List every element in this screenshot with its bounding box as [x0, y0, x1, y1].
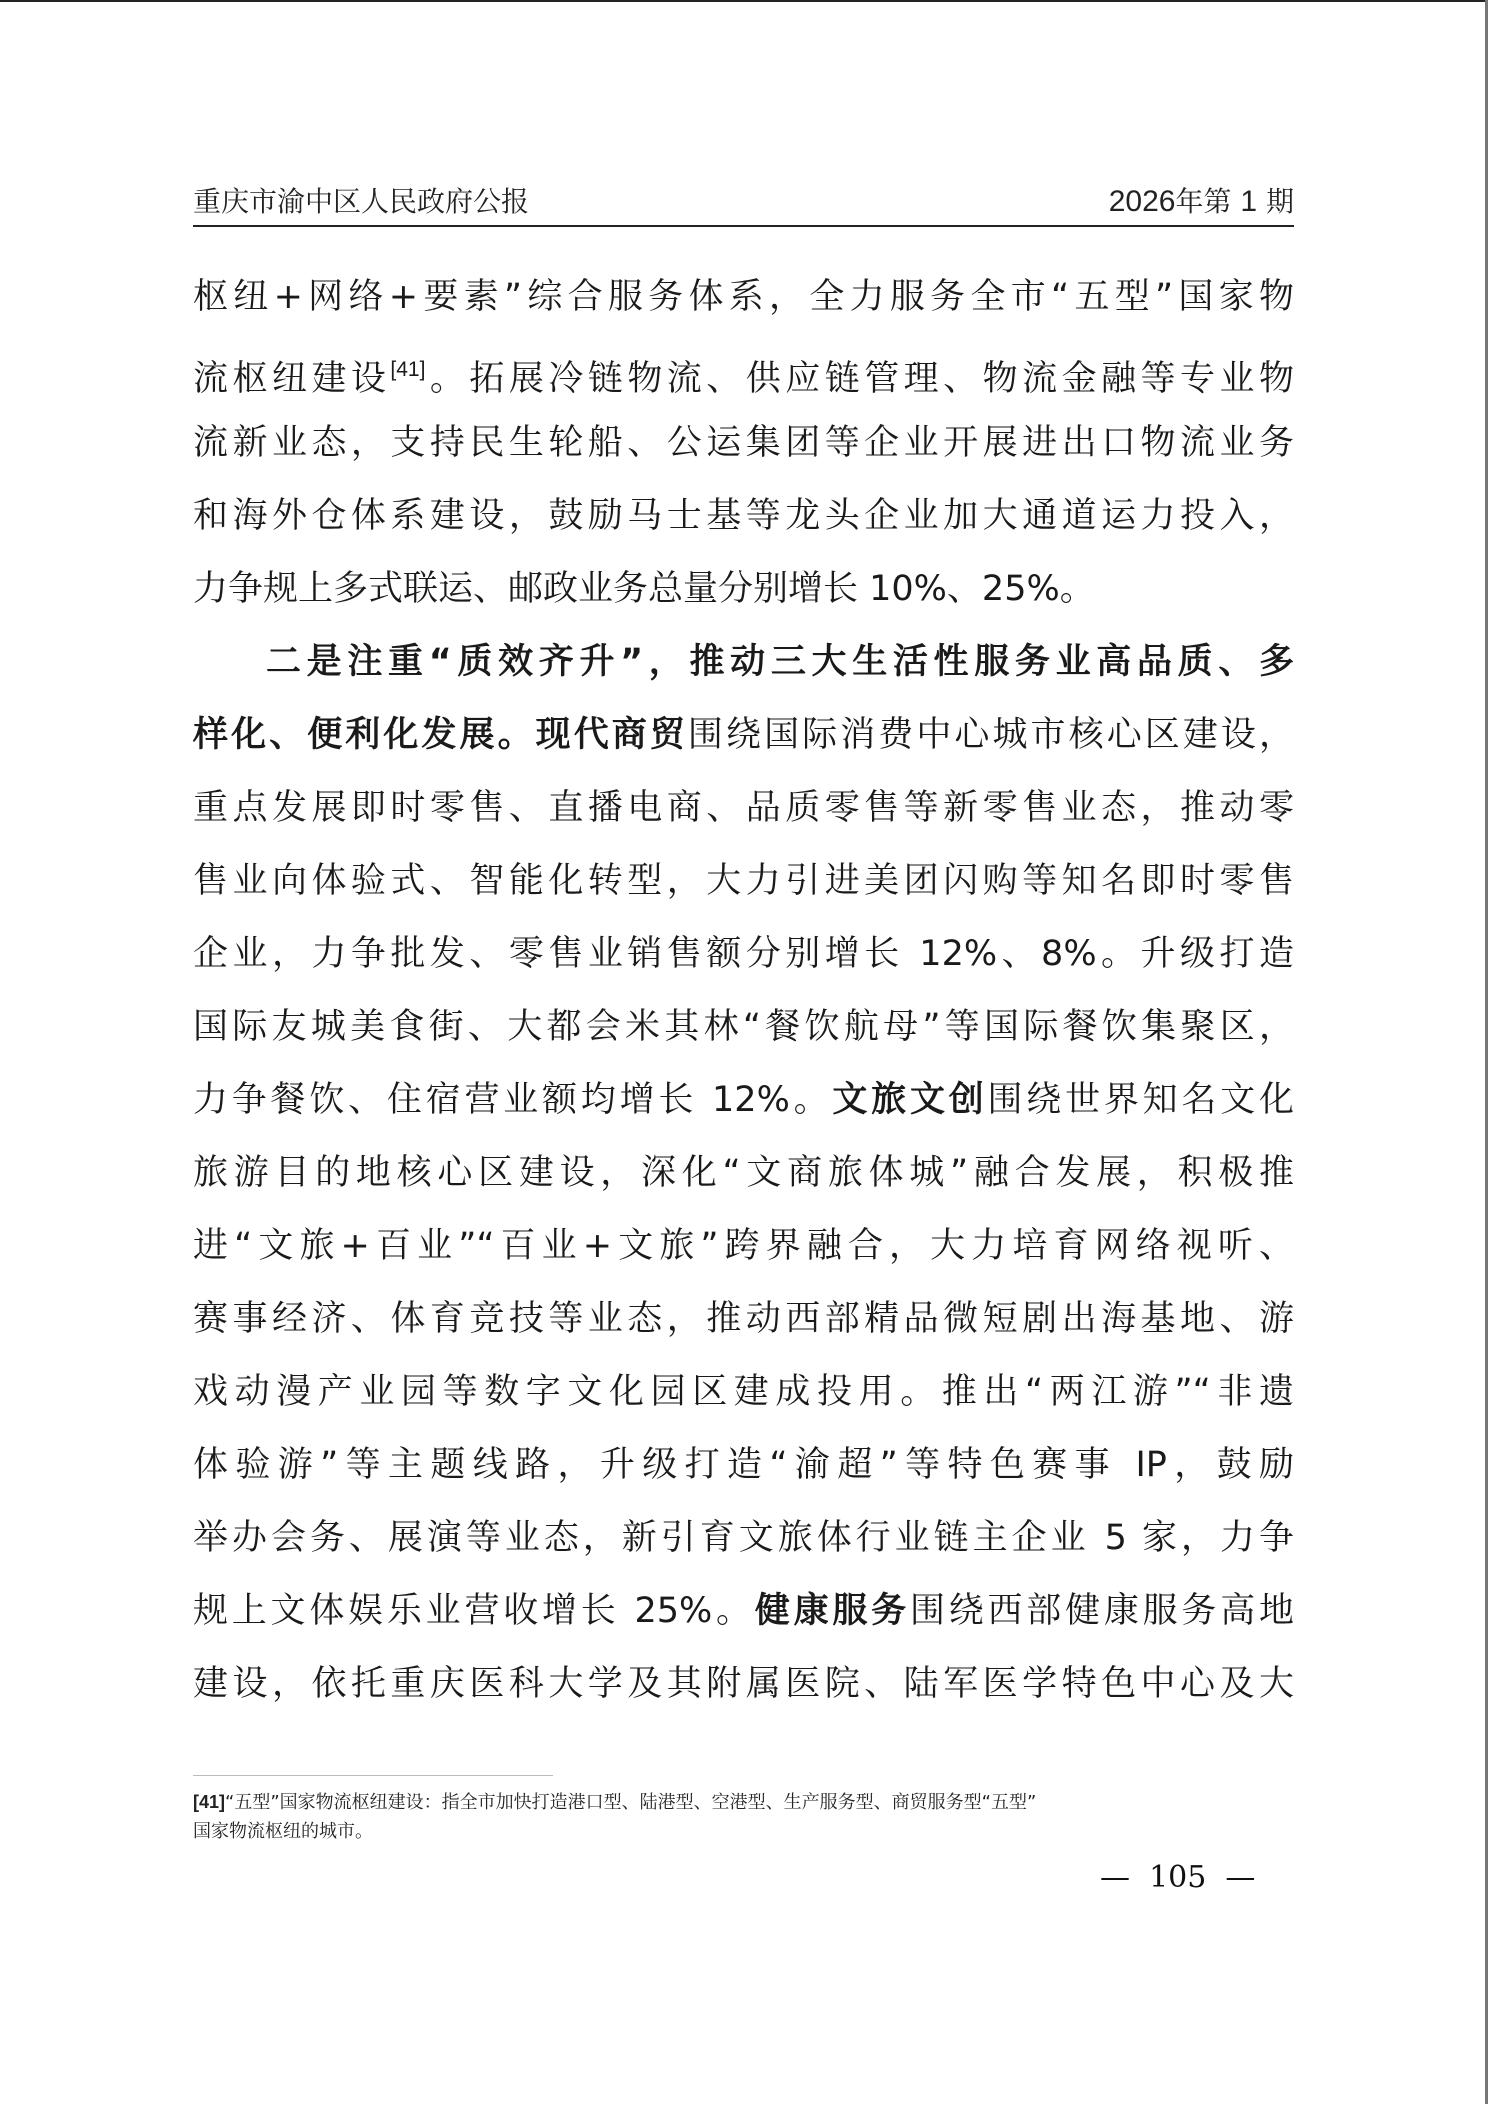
issue-number: 1: [1240, 185, 1257, 218]
footnote-text: 国家物流枢纽的城市。: [193, 1821, 373, 1842]
text-run: 举办会务、展演等业态，新引育文旅体行业链主企业 5 家，力争: [193, 1518, 1294, 1558]
text-run: 围绕西部健康服务高地: [910, 1591, 1294, 1631]
document-page: 重庆市渝中区人民政府公报 2026年第 1 期 枢纽+网络+要素”综合服务体系，…: [0, 0, 1488, 2104]
text-line: 旅游目的地核心区建设，深化“文商旅体城”融合发展，积极推: [193, 1148, 1294, 1221]
text-run: 戏动漫产业园等数字文化园区建成投用。推出“两江游”“非遗: [193, 1372, 1294, 1412]
text-run: 力争规上多式联运、邮政业务总量分别增长 10%、25%。: [193, 569, 1095, 609]
text-line: 枢纽+网络+要素”综合服务体系，全力服务全市“五型”国家物: [193, 272, 1294, 345]
text-line: 重点发展即时零售、直播电商、品质零售等新零售业态，推动零: [193, 783, 1294, 856]
footnote-reference-41[interactable]: [41]: [390, 358, 425, 381]
footnote-text: “五型”国家物流枢纽建设：指全市加快打造港口型、陆港型、空港型、生产服务型、商贸…: [225, 1792, 1036, 1813]
bold-subheading-culture-tourism: 文旅文创: [832, 1080, 987, 1120]
bold-subheading-modern-commerce: 样化、便利化发展。现代商贸: [193, 715, 688, 755]
text-line: 企业，力争批发、零售业销售额分别增长 12%、8%。升级打造: [193, 929, 1294, 1002]
dash-right: —: [1225, 1860, 1255, 1895]
paragraph-heading-line: 二是注重“质效齐升”，推动三大生活性服务业高品质、多: [193, 637, 1294, 710]
footnote-line: [41]“五型”国家物流枢纽建设：指全市加快打造港口型、陆港型、空港型、生产服务…: [193, 1788, 1294, 1817]
text-run: 围绕国际消费中心城市核心区建设，: [688, 715, 1294, 755]
text-run: 国际友城美食街、大都会米其林“餐饮航母”等国际餐饮集聚区，: [193, 1007, 1294, 1047]
issue-label: 2026年第 1 期: [1109, 180, 1294, 220]
publication-title: 重庆市渝中区人民政府公报: [193, 180, 529, 220]
footnote-line: 国家物流枢纽的城市。: [193, 1817, 1294, 1846]
text-line: 流新业态，支持民生轮船、公运集团等企业开展进出口物流业务: [193, 418, 1294, 491]
footnote-mark: [41]: [193, 1792, 225, 1812]
body-text: 枢纽+网络+要素”综合服务体系，全力服务全市“五型”国家物 流枢纽建设[41]。…: [193, 272, 1294, 1732]
bold-lead-run: 二是注重“质效齐升”，推动三大生活性服务业高品质、多: [266, 642, 1294, 682]
text-line: 力争餐饮、住宿营业额均增长 12%。文旅文创围绕世界知名文化: [193, 1075, 1294, 1148]
dash-left: —: [1100, 1860, 1130, 1895]
text-line: 规上文体娱乐业营收增长 25%。健康服务围绕西部健康服务高地: [193, 1586, 1294, 1659]
footnote-41: [41]“五型”国家物流枢纽建设：指全市加快打造港口型、陆港型、空港型、生产服务…: [193, 1788, 1294, 1846]
text-run: 力争餐饮、住宿营业额均增长 12%。: [193, 1080, 832, 1120]
text-run: 枢纽+网络+要素”综合服务体系，全力服务全市“五型”国家物: [193, 277, 1294, 317]
text-line: 和海外仓体系建设，鼓励马士基等龙头企业加大通道运力投入，: [193, 491, 1294, 564]
text-line: 力争规上多式联运、邮政业务总量分别增长 10%、25%。: [193, 564, 1294, 637]
text-line: 样化、便利化发展。现代商贸围绕国际消费中心城市核心区建设，: [193, 710, 1294, 783]
text-run: 建设，依托重庆医科大学及其附属医院、陆军医学特色中心及大: [193, 1664, 1294, 1704]
page-number-value: 105: [1149, 1860, 1206, 1895]
text-run: 。拓展冷链物流、供应链管理、物流金融等专业物: [425, 359, 1294, 399]
text-line: 建设，依托重庆医科大学及其附属医院、陆军医学特色中心及大: [193, 1659, 1294, 1732]
text-run: 体验游”等主题线路，升级打造“渝超”等特色赛事 IP，鼓励: [193, 1445, 1294, 1485]
text-run: 赛事经济、体育竞技等业态，推动西部精品微短剧出海基地、游: [193, 1299, 1294, 1339]
text-line: 赛事经济、体育竞技等业态，推动西部精品微短剧出海基地、游: [193, 1294, 1294, 1367]
bold-subheading-health-services: 健康服务: [755, 1591, 910, 1631]
text-run: 进“文旅+百业”“百业+文旅”跨界融合，大力培育网络视听、: [193, 1226, 1294, 1266]
text-line: 流枢纽建设[41]。拓展冷链物流、供应链管理、物流金融等专业物: [193, 345, 1294, 418]
issue-year-suffix: 年第: [1175, 185, 1231, 218]
text-run: 围绕世界知名文化: [988, 1080, 1294, 1120]
header-rule: [193, 225, 1294, 227]
text-run: 旅游目的地核心区建设，深化“文商旅体城”融合发展，积极推: [193, 1153, 1294, 1193]
text-run: 重点发展即时零售、直播电商、品质零售等新零售业态，推动零: [193, 788, 1294, 828]
text-run: 和海外仓体系建设，鼓励马士基等龙头企业加大通道运力投入，: [193, 496, 1294, 536]
text-line: 体验游”等主题线路，升级打造“渝超”等特色赛事 IP，鼓励: [193, 1440, 1294, 1513]
issue-year: 2026: [1109, 185, 1176, 218]
text-run: 企业，力争批发、零售业销售额分别增长 12%、8%。升级打造: [193, 934, 1294, 974]
text-line: 售业向体验式、智能化转型，大力引进美团闪购等知名即时零售: [193, 856, 1294, 929]
text-run: 规上文体娱乐业营收增长 25%。: [193, 1591, 755, 1631]
text-line: 戏动漫产业园等数字文化园区建成投用。推出“两江游”“非遗: [193, 1367, 1294, 1440]
running-header: 重庆市渝中区人民政府公报 2026年第 1 期: [193, 180, 1294, 220]
text-run: 流枢纽建设: [193, 359, 390, 399]
text-run: 流新业态，支持民生轮船、公运集团等企业开展进出口物流业务: [193, 423, 1294, 463]
page-number: — 105 —: [1100, 1860, 1255, 1895]
text-line: 进“文旅+百业”“百业+文旅”跨界融合，大力培育网络视听、: [193, 1221, 1294, 1294]
footnote-separator: [193, 1775, 553, 1776]
issue-suffix: 期: [1266, 185, 1294, 218]
text-line: 国际友城美食街、大都会米其林“餐饮航母”等国际餐饮集聚区，: [193, 1002, 1294, 1075]
text-run: 售业向体验式、智能化转型，大力引进美团闪购等知名即时零售: [193, 861, 1294, 901]
text-line: 举办会务、展演等业态，新引育文旅体行业链主企业 5 家，力争: [193, 1513, 1294, 1586]
